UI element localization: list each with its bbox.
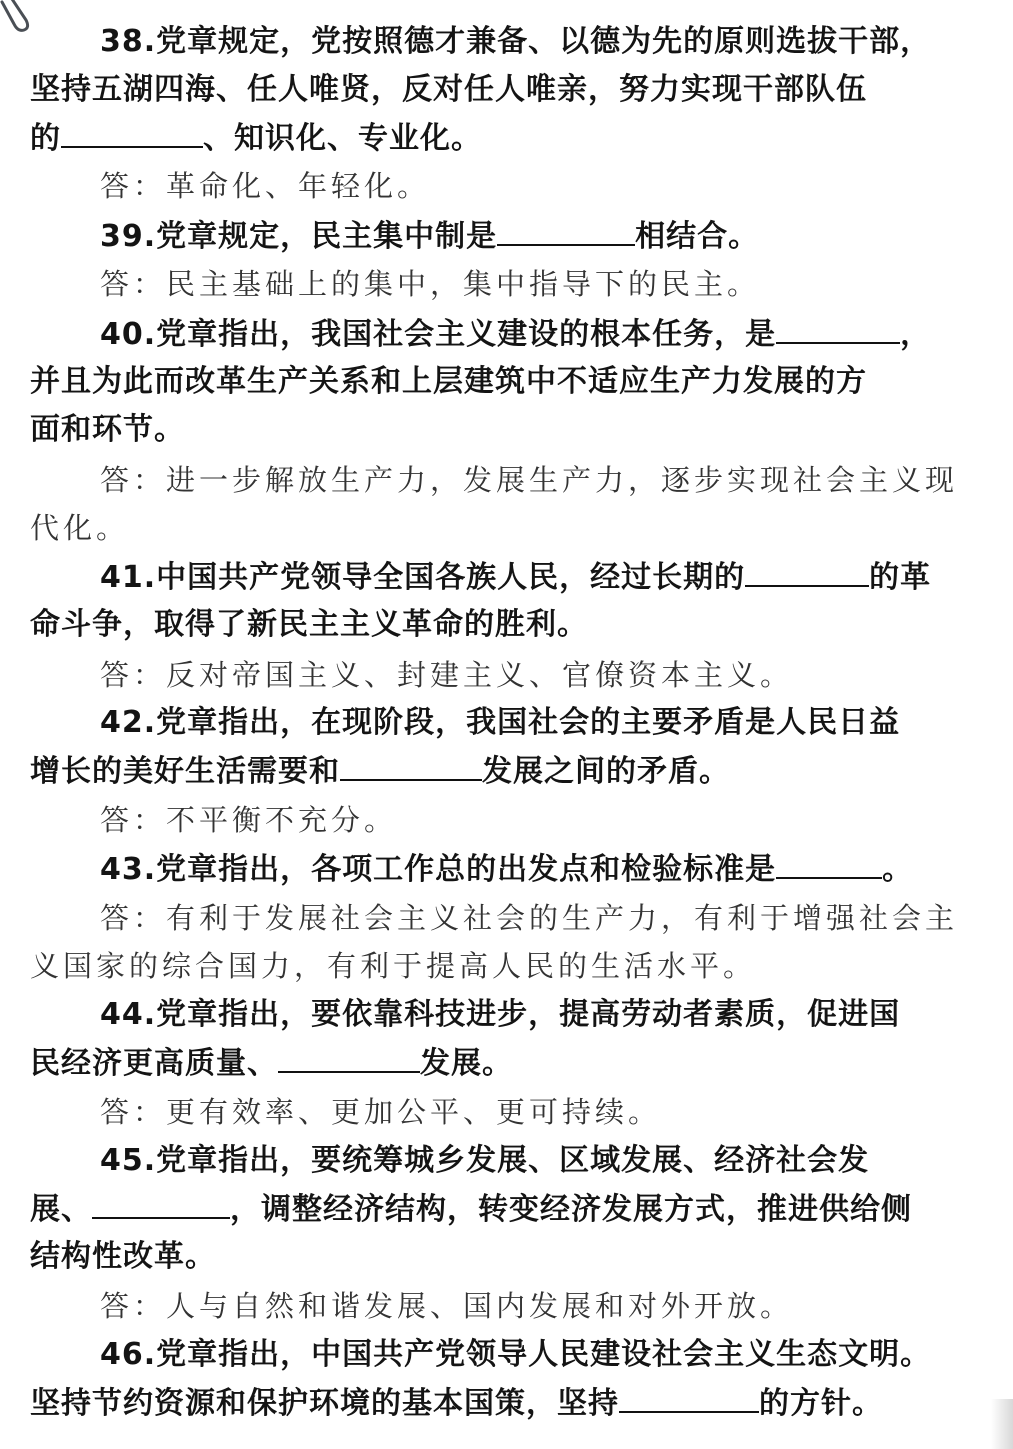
line-text-before-blank: 40.党章指出，我国社会主义建设的根本任务，是 — [100, 317, 776, 352]
question-line: 增长的美好生活需要和发展之间的矛盾。 — [30, 751, 730, 792]
question-line: 39.党章规定，民主集中制是相结合。 — [100, 216, 759, 257]
line-text-after-blank: 发展之间的矛盾。 — [482, 754, 730, 789]
page-curl-shadow — [991, 1399, 1013, 1449]
answer-line: 代化。 — [30, 508, 129, 548]
line-text-after-blank: ，调整经济结构，转变经济发展方式，推进供给侧 — [230, 1192, 912, 1227]
line-text-before-blank: 民经济更高质量、 — [30, 1046, 278, 1081]
question-line: 命斗争，取得了新民主主义革命的胜利。 — [30, 605, 588, 645]
question-line: 45.党章指出，要统筹城乡发展、区域发展、经济社会发 — [100, 1141, 869, 1181]
question-line: 民经济更高质量、发展。 — [30, 1043, 513, 1084]
line-text-before-blank: 展、 — [30, 1192, 92, 1227]
line-text: 答：人与自然和谐发展、国内发展和对外开放。 — [100, 1289, 793, 1323]
line-text: 45.党章指出，要统筹城乡发展、区域发展、经济社会发 — [100, 1143, 869, 1178]
line-text-after-blank: 、知识化、专业化。 — [203, 121, 482, 156]
question-line: 坚持节约资源和保护环境的基本国策，坚持的方针。 — [30, 1383, 883, 1424]
line-text-after-blank: 的方针。 — [759, 1386, 883, 1421]
line-text: 答：进一步解放生产力，发展生产力，逐步实现社会主义现 — [100, 463, 958, 497]
answer-line: 答：进一步解放生产力，发展生产力，逐步实现社会主义现 — [100, 460, 958, 500]
question-line: 38.党章规定，党按照德才兼备、以德为先的原则选拔干部， — [100, 22, 931, 62]
question-line: 坚持五湖四海、任人唯贤，反对任人唯亲，努力实现干部队伍 — [30, 70, 867, 110]
line-text: 答：民主基础上的集中，集中指导下的民主。 — [100, 267, 760, 301]
question-line: 43.党章指出，各项工作总的出发点和检验标准是。 — [100, 849, 913, 890]
question-line: 的、知识化、专业化。 — [30, 118, 482, 159]
question-line: 并且为此而改革生产关系和上层建筑中不适应生产力发展的方 — [30, 362, 867, 402]
answer-line: 答：人与自然和谐发展、国内发展和对外开放。 — [100, 1286, 793, 1326]
answer-line: 答：不平衡不充分。 — [100, 800, 397, 840]
fill-in-blank — [340, 751, 482, 781]
question-line: 40.党章指出，我国社会主义建设的根本任务，是， — [100, 314, 931, 355]
line-text: 代化。 — [30, 511, 129, 545]
fill-in-blank — [92, 1189, 230, 1219]
line-text: 面和环节。 — [30, 412, 185, 447]
line-text: 46.党章指出，中国共产党领导人民建设社会主义生态文明。 — [100, 1337, 931, 1372]
question-line: 46.党章指出，中国共产党领导人民建设社会主义生态文明。 — [100, 1335, 931, 1375]
line-text-after-blank: 相结合。 — [635, 219, 759, 254]
line-text-before-blank: 43.党章指出，各项工作总的出发点和检验标准是 — [100, 852, 776, 887]
line-text: 并且为此而改革生产关系和上层建筑中不适应生产力发展的方 — [30, 364, 867, 399]
line-text: 答：更有效率、更加公平、更可持续。 — [100, 1095, 661, 1129]
question-line: 42.党章指出，在现阶段，我国社会的主要矛盾是人民日益 — [100, 703, 900, 743]
fill-in-blank — [745, 557, 869, 587]
answer-line: 答：有利于发展社会主义社会的生产力，有利于增强社会主 — [100, 898, 958, 938]
line-text: 坚持五湖四海、任人唯贤，反对任人唯亲，努力实现干部队伍 — [30, 72, 867, 107]
line-text-after-blank: 发展。 — [420, 1046, 513, 1081]
paperclip-icon — [0, 0, 36, 34]
line-text: 答：反对帝国主义、封建主义、官僚资本主义。 — [100, 658, 793, 692]
answer-line: 答：反对帝国主义、封建主义、官僚资本主义。 — [100, 655, 793, 695]
line-text: 结构性改革。 — [30, 1239, 216, 1274]
line-text: 38.党章规定，党按照德才兼备、以德为先的原则选拔干部， — [100, 24, 931, 59]
line-text-after-blank: 。 — [882, 852, 913, 887]
line-text-before-blank: 的 — [30, 121, 61, 156]
line-text: 答：不平衡不充分。 — [100, 803, 397, 837]
answer-line: 答：民主基础上的集中，集中指导下的民主。 — [100, 264, 760, 304]
line-text-before-blank: 41.中国共产党领导全国各族人民，经过长期的 — [100, 560, 745, 595]
line-text: 义国家的综合国力，有利于提高人民的生活水平。 — [30, 949, 756, 983]
question-line: 面和环节。 — [30, 410, 185, 450]
line-text: 答：革命化、年轻化。 — [100, 169, 430, 203]
answer-line: 义国家的综合国力，有利于提高人民的生活水平。 — [30, 946, 756, 986]
line-text-before-blank: 坚持节约资源和保护环境的基本国策，坚持 — [30, 1386, 619, 1421]
answer-line: 答：革命化、年轻化。 — [100, 166, 430, 206]
line-text-after-blank: ， — [900, 317, 931, 352]
line-text: 44.党章指出，要依靠科技进步，提高劳动者素质，促进国 — [100, 997, 900, 1032]
fill-in-blank — [619, 1383, 759, 1413]
line-text-before-blank: 39.党章规定，民主集中制是 — [100, 219, 497, 254]
line-text-after-blank: 的革 — [869, 560, 931, 595]
fill-in-blank — [776, 849, 882, 879]
fill-in-blank — [278, 1043, 420, 1073]
question-line: 展、，调整经济结构，转变经济发展方式，推进供给侧 — [30, 1189, 912, 1230]
fill-in-blank — [61, 118, 203, 148]
fill-in-blank — [497, 216, 635, 246]
question-line: 结构性改革。 — [30, 1237, 216, 1277]
line-text: 42.党章指出，在现阶段，我国社会的主要矛盾是人民日益 — [100, 705, 900, 740]
question-line: 44.党章指出，要依靠科技进步，提高劳动者素质，促进国 — [100, 995, 900, 1035]
answer-line: 答：更有效率、更加公平、更可持续。 — [100, 1092, 661, 1132]
fill-in-blank — [776, 314, 900, 344]
question-line: 41.中国共产党领导全国各族人民，经过长期的的革 — [100, 557, 931, 598]
line-text: 命斗争，取得了新民主主义革命的胜利。 — [30, 607, 588, 642]
line-text-before-blank: 增长的美好生活需要和 — [30, 754, 340, 789]
line-text: 答：有利于发展社会主义社会的生产力，有利于增强社会主 — [100, 901, 958, 935]
